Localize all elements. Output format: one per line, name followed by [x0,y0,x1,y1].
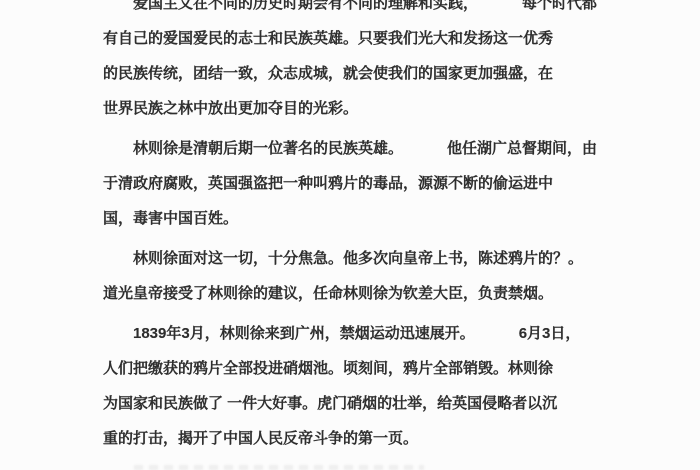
text-segment: 重的打击，揭开了中国人民反帝斗争的第一页。 [103,430,418,447]
text-segment: 爱国主义在不同的历史时期会有不同的理解和实践， [133,0,478,12]
text-line: 国，毒害中国百姓。 [103,201,605,236]
text-line: 道光皇帝接受了林则徐的建议，任命林则徐为钦差大臣，负责禁烟。 [103,276,605,311]
text-segment: 6月3日， [519,325,581,342]
document-page: 爱国主义在不同的历史时期会有不同的理解和实践，每个时代都有自己的爱国爱民的志士和… [0,0,700,470]
text-segment: 有自己的爱国爱民的志士和民族英雄。只要我们光大和发扬这一优秀 [103,30,553,47]
text-line: 有自己的爱国爱民的志士和民族英雄。只要我们光大和发扬这一优秀 [103,21,605,56]
text-segment: 每个时代都 [522,0,597,12]
text-gap [478,7,522,8]
text-line: 1839年3月，林则徐来到广州，禁烟运动迅速展开。6月3日， [103,316,605,351]
text-segment: 为国家和民族做了 一件大好事。虎门硝烟的壮举，给英国侵略者以沉 [103,395,557,412]
text-segment: 世界民族之林中放出更加夺目的光彩。 [103,100,358,117]
text-segment: 于清政府腐败，英国强盗把一种叫鸦片的毒品，源源不断的偷运进中 [103,175,553,192]
text-line: 重的打击，揭开了中国人民反帝斗争的第一页。 [103,421,605,456]
text-line: 于清政府腐败，英国强盗把一种叫鸦片的毒品，源源不断的偷运进中 [103,166,605,201]
text-line: 的民族传统，团结一致，众志成城，就会使我们的国家更加强盛，在 [103,56,605,91]
text-line: 人们把缴获的鸦片全部投进硝烟池。顷刻间，鸦片全部销毁。林则徐 [103,351,605,386]
text-segment: 人们把缴获的鸦片全部投进硝烟池。顷刻间，鸦片全部销毁。林则徐 [103,360,553,377]
text-line: 世界民族之林中放出更加夺目的光彩。 [103,91,605,126]
text-segment: 国，毒害中国百姓。 [103,210,238,227]
text-segment: 他任湖广总督期间，由 [447,140,597,157]
text-segment: 林则徐面对这一切，十分焦急。他多次向皇帝上书，陈述鸦片的？。 [133,250,583,267]
text-segment: 1839年3月，林则徐来到广州，禁烟运动迅速展开。 [133,325,475,342]
text-line: 林则徐面对这一切，十分焦急。他多次向皇帝上书，陈述鸦片的？。 [103,241,605,276]
clipped-next-line [134,465,424,470]
text-segment: 道光皇帝接受了林则徐的建议，任命林则徐为钦差大臣，负责禁烟。 [103,285,553,302]
text-line: 林则徐是清朝后期一位著名的民族英雄。他任湖广总督期间，由 [103,131,605,166]
text-segment: 的民族传统，团结一致，众志成城，就会使我们的国家更加强盛，在 [103,65,553,82]
text-line: 为国家和民族做了 一件大好事。虎门硝烟的壮举，给英国侵略者以沉 [103,386,605,421]
document-text: 爱国主义在不同的历史时期会有不同的理解和实践，每个时代都有自己的爱国爱民的志士和… [103,0,605,456]
text-gap [475,337,519,338]
text-line: 爱国主义在不同的历史时期会有不同的理解和实践，每个时代都 [103,0,605,21]
text-gap [403,152,447,153]
text-segment: 林则徐是清朝后期一位著名的民族英雄。 [133,140,403,157]
